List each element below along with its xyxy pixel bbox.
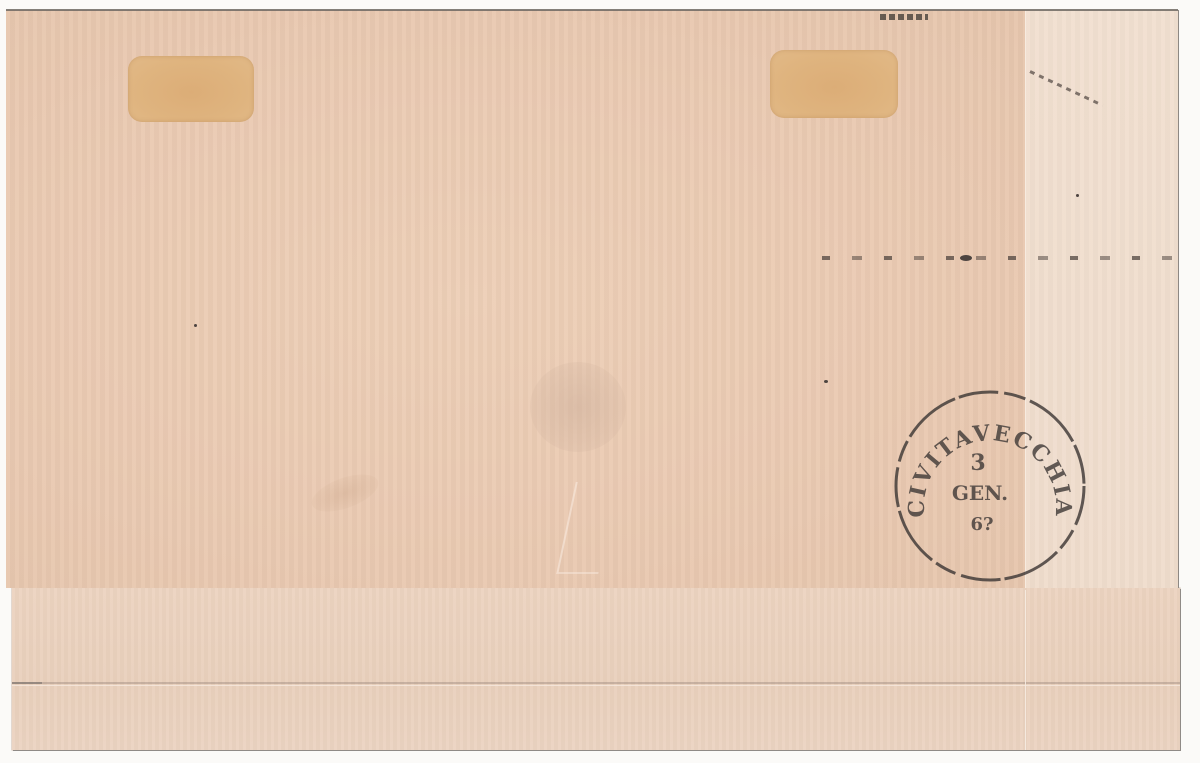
postmark-year: 6? bbox=[970, 514, 993, 535]
seal-residue-left bbox=[128, 56, 254, 122]
ink-trace-line bbox=[822, 256, 1172, 260]
ink-speck bbox=[1076, 194, 1079, 197]
ink-trace-top bbox=[880, 14, 928, 20]
seal-residue-right bbox=[770, 50, 898, 118]
letter-photo: CIVITAVECCHIA 3 GEN. 6? bbox=[0, 0, 1200, 763]
postmark-day: 3 bbox=[970, 450, 985, 476]
postmark-cds: CIVITAVECCHIA 3 GEN. 6? bbox=[892, 388, 1088, 584]
fold-crease-highlight bbox=[12, 685, 1180, 686]
paper-top-edge bbox=[6, 9, 1178, 11]
inner-sheet bbox=[12, 588, 1180, 750]
round-stain bbox=[530, 362, 626, 452]
postmark-month: GEN. bbox=[952, 481, 1008, 505]
vertical-fold-crease bbox=[1025, 590, 1026, 750]
ink-speck bbox=[824, 380, 828, 383]
ink-speck bbox=[194, 324, 197, 327]
fold-crease bbox=[12, 682, 1180, 684]
ink-blot bbox=[960, 255, 972, 261]
